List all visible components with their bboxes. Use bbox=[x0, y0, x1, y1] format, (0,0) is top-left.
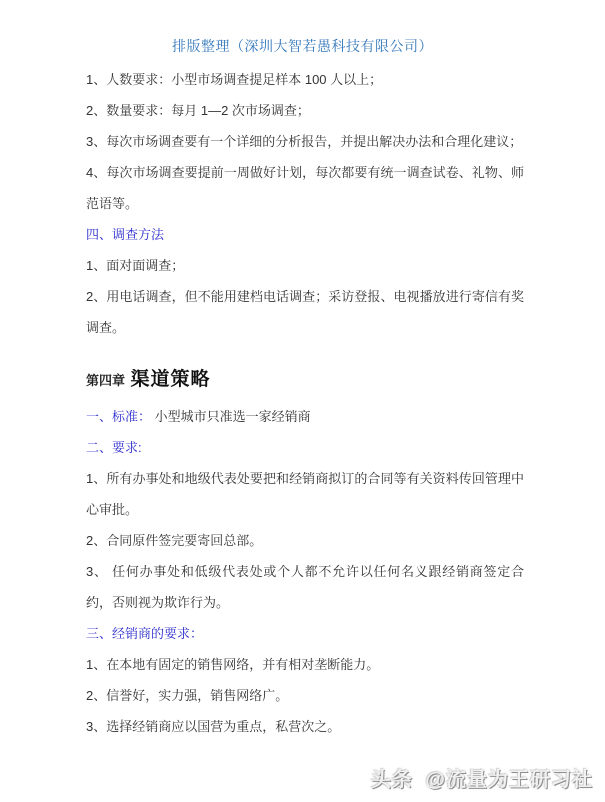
heading-standard-text: 小型城市只准选一家经销商 bbox=[155, 409, 311, 424]
list-item-report: 3、每次市场调查要有一个详细的分析报告，并提出解决办法和合理化建议； bbox=[86, 126, 524, 157]
list-item-face-to-face: 1、面对面调查； bbox=[86, 250, 524, 281]
list-item-contract-materials: 1、所有办事处和地级代表处要把和经销商拟订的合同等有关资料传回管理中心审批。 bbox=[86, 463, 524, 525]
chapter-title: 渠道策略 bbox=[130, 369, 210, 390]
toutiao-watermark: 头条 @流量为王研习社 bbox=[371, 763, 593, 792]
list-item-quantity: 2、数量要求：每月 1—2 次市场调查； bbox=[86, 95, 524, 126]
list-item-headcount: 1、人数要求：小型市场调查提足样本 100 人以上； bbox=[86, 64, 524, 95]
list-item-no-private-contract: 3、 任何办事处和低级代表处或个人都不允许以任何名义跟经销商签定合约，否则视为欺… bbox=[86, 556, 524, 618]
heading-standard-prefix: 一、标准： bbox=[86, 409, 151, 424]
list-item-state-owned: 3、选择经销商应以国营为重点，私营次之。 bbox=[86, 711, 524, 742]
heading-requirements: 二、要求: bbox=[86, 432, 524, 463]
watermark-brand: 头条 bbox=[371, 769, 413, 791]
list-item-sales-network: 1、在本地有固定的销售网络，并有相对垄断能力。 bbox=[86, 649, 524, 680]
doc-body: 1、人数要求：小型市场调查提足样本 100 人以上； 2、数量要求：每月 1—2… bbox=[86, 64, 524, 742]
watermark-handle: @流量为王研习社 bbox=[425, 769, 593, 791]
heading-survey-method: 四、调查方法 bbox=[86, 219, 524, 250]
list-item-contract-original: 2、合同原件签完要寄回总部。 bbox=[86, 525, 524, 556]
list-item-reputation: 2、信誉好，实力强，销售网络广。 bbox=[86, 680, 524, 711]
heading-standard: 一、标准： 小型城市只准选一家经销商 bbox=[86, 401, 524, 432]
list-item-plan: 4、每次市场调查要提前一周做好计划，每次都要有统一调查试卷、礼物、师范语等。 bbox=[86, 157, 524, 219]
doc-header-title: 排版整理（深圳大智若愚科技有限公司） bbox=[0, 36, 605, 56]
chapter-label: 第四章 bbox=[86, 373, 125, 388]
chapter-heading: 第四章 渠道策略 bbox=[86, 359, 524, 401]
heading-dealer-requirements: 三、经销商的要求： bbox=[86, 618, 524, 649]
list-item-phone-survey: 2、用电话调查，但不能用建档电话调查；采访登报、电视播放进行寄信有奖调查。 bbox=[86, 281, 524, 343]
document-page: 排版整理（深圳大智若愚科技有限公司） 1、人数要求：小型市场调查提足样本 100… bbox=[0, 0, 605, 802]
